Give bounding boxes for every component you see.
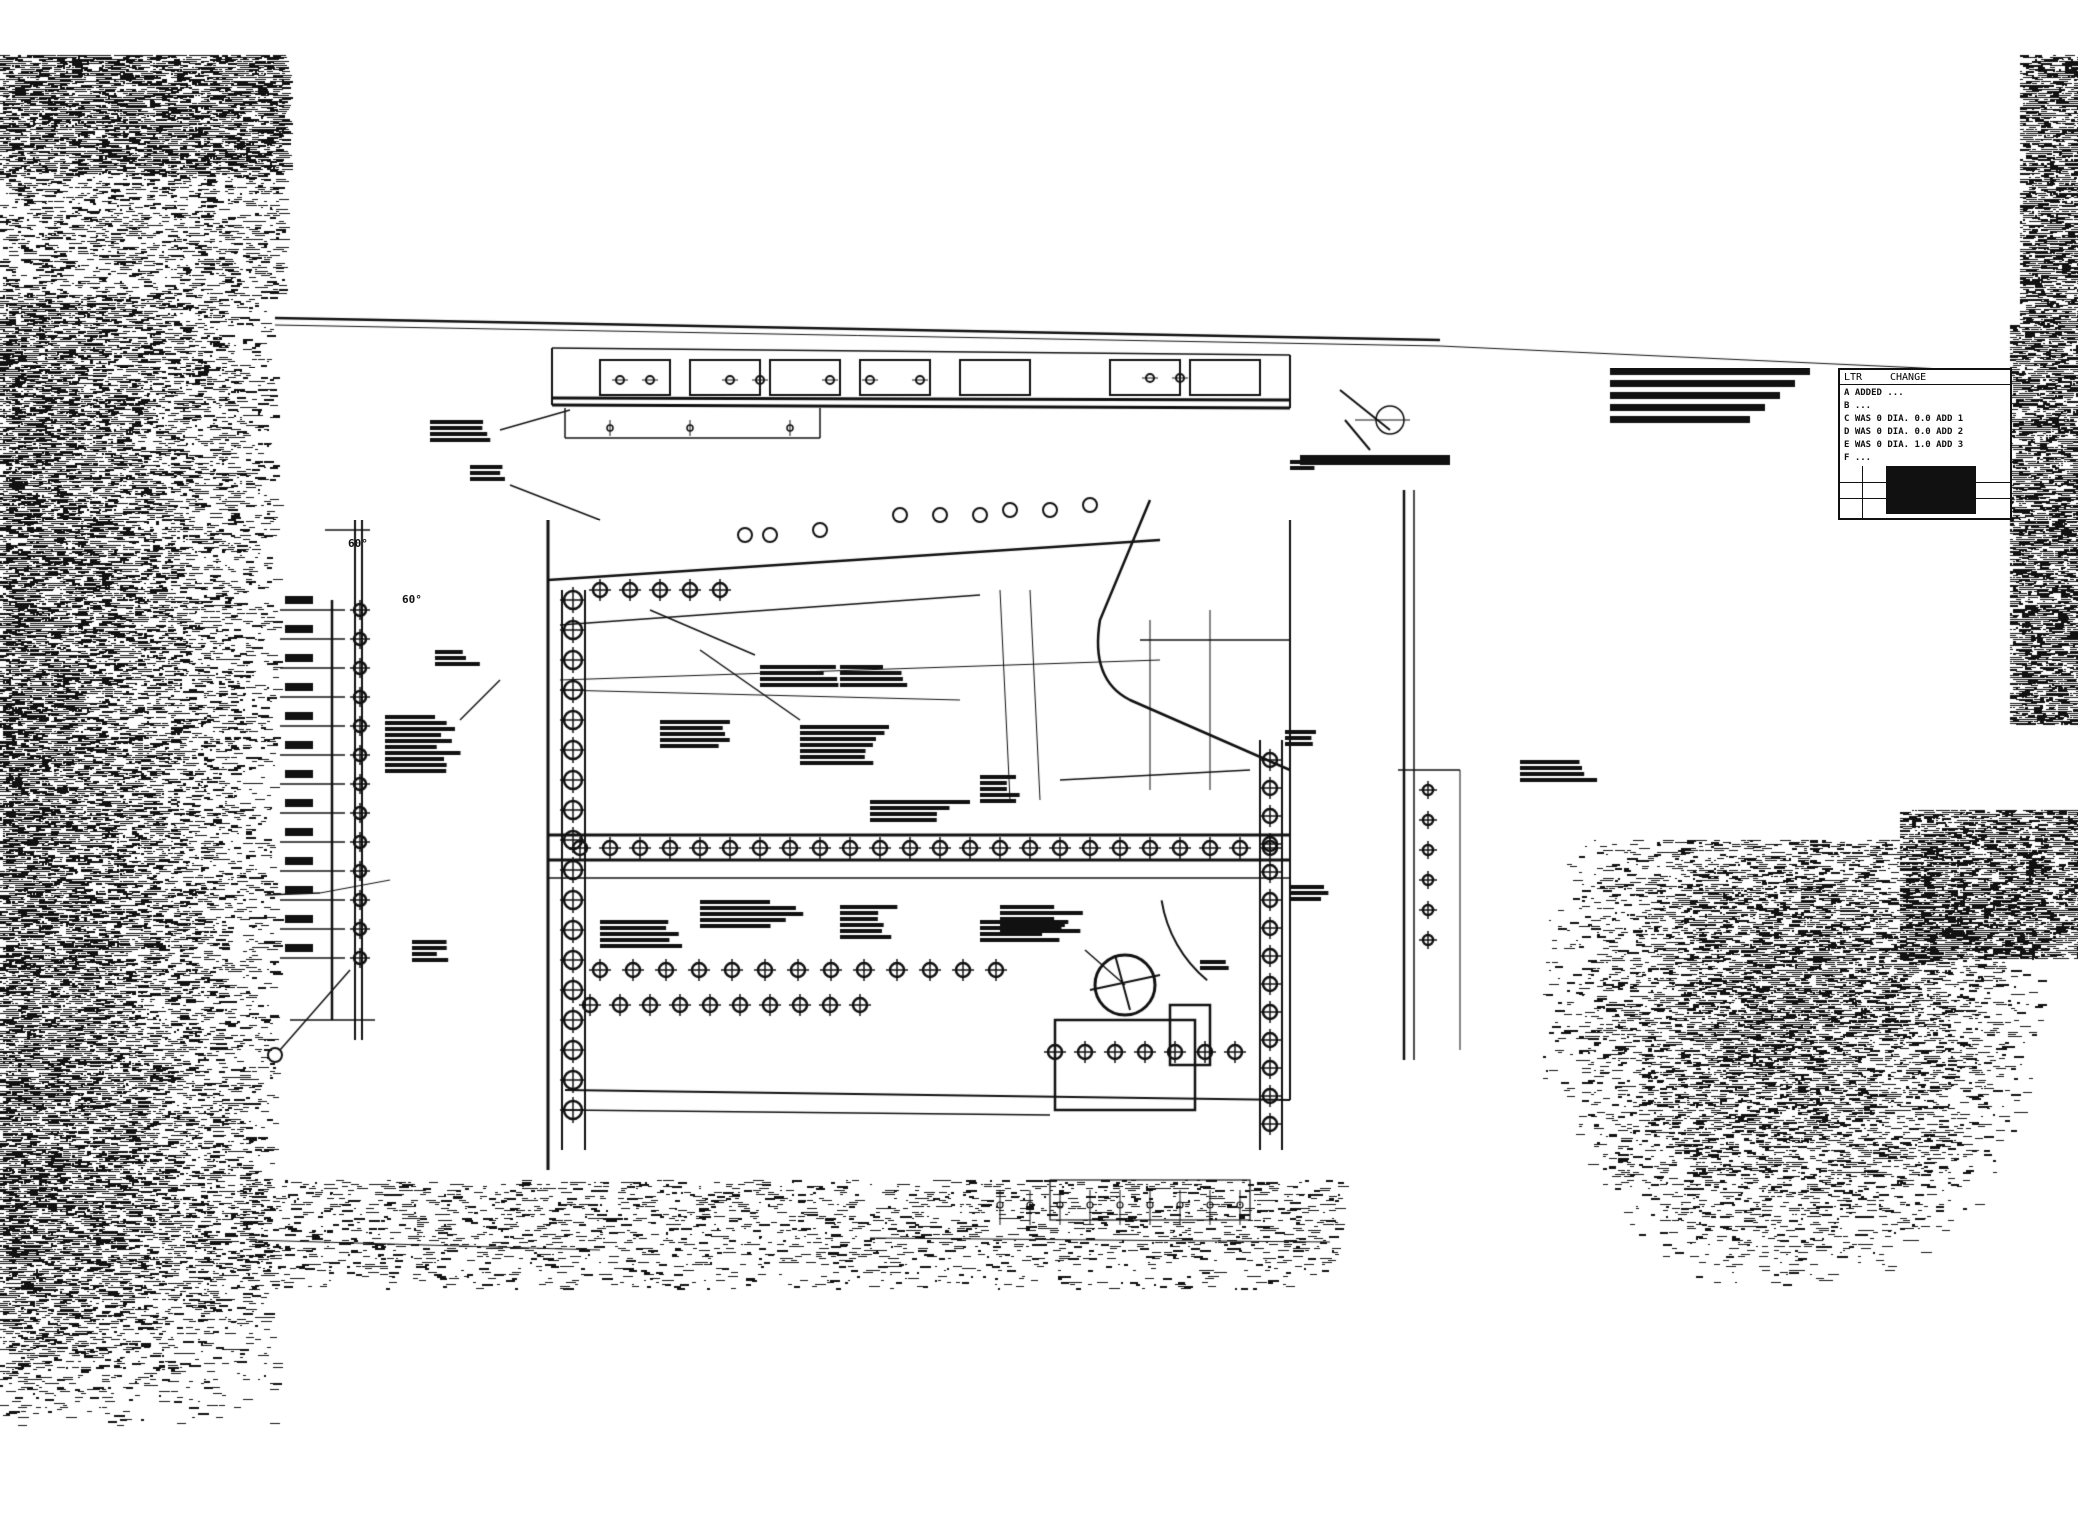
revision-divider — [1840, 498, 2010, 499]
angle-label: 60° — [402, 594, 422, 605]
revision-header: LTR CHANGE — [1840, 370, 2010, 385]
revision-row: E WAS 0 DIA. 1.0 ADD 3 — [1844, 440, 1963, 450]
revision-redaction-block — [1886, 466, 1976, 514]
drawing-canvas — [0, 0, 2078, 1538]
revision-row: A ADDED ... — [1844, 388, 1904, 398]
revision-divider — [1840, 482, 2010, 483]
revision-divider — [1862, 466, 1863, 518]
revision-header-description: CHANGE — [1890, 372, 1926, 383]
revision-row: D WAS 0 DIA. 0.0 ADD 2 — [1844, 427, 1963, 437]
revision-row: F ... — [1844, 453, 1871, 463]
revision-row: C WAS 0 DIA. 0.0 ADD 1 — [1844, 414, 1963, 424]
revision-header-ltr: LTR — [1844, 372, 1862, 383]
revision-block: LTR CHANGE A ADDED ... B ... C WAS 0 DIA… — [1838, 368, 2012, 520]
revision-row: B ... — [1844, 401, 1871, 411]
angle-label: 60° — [348, 538, 368, 549]
